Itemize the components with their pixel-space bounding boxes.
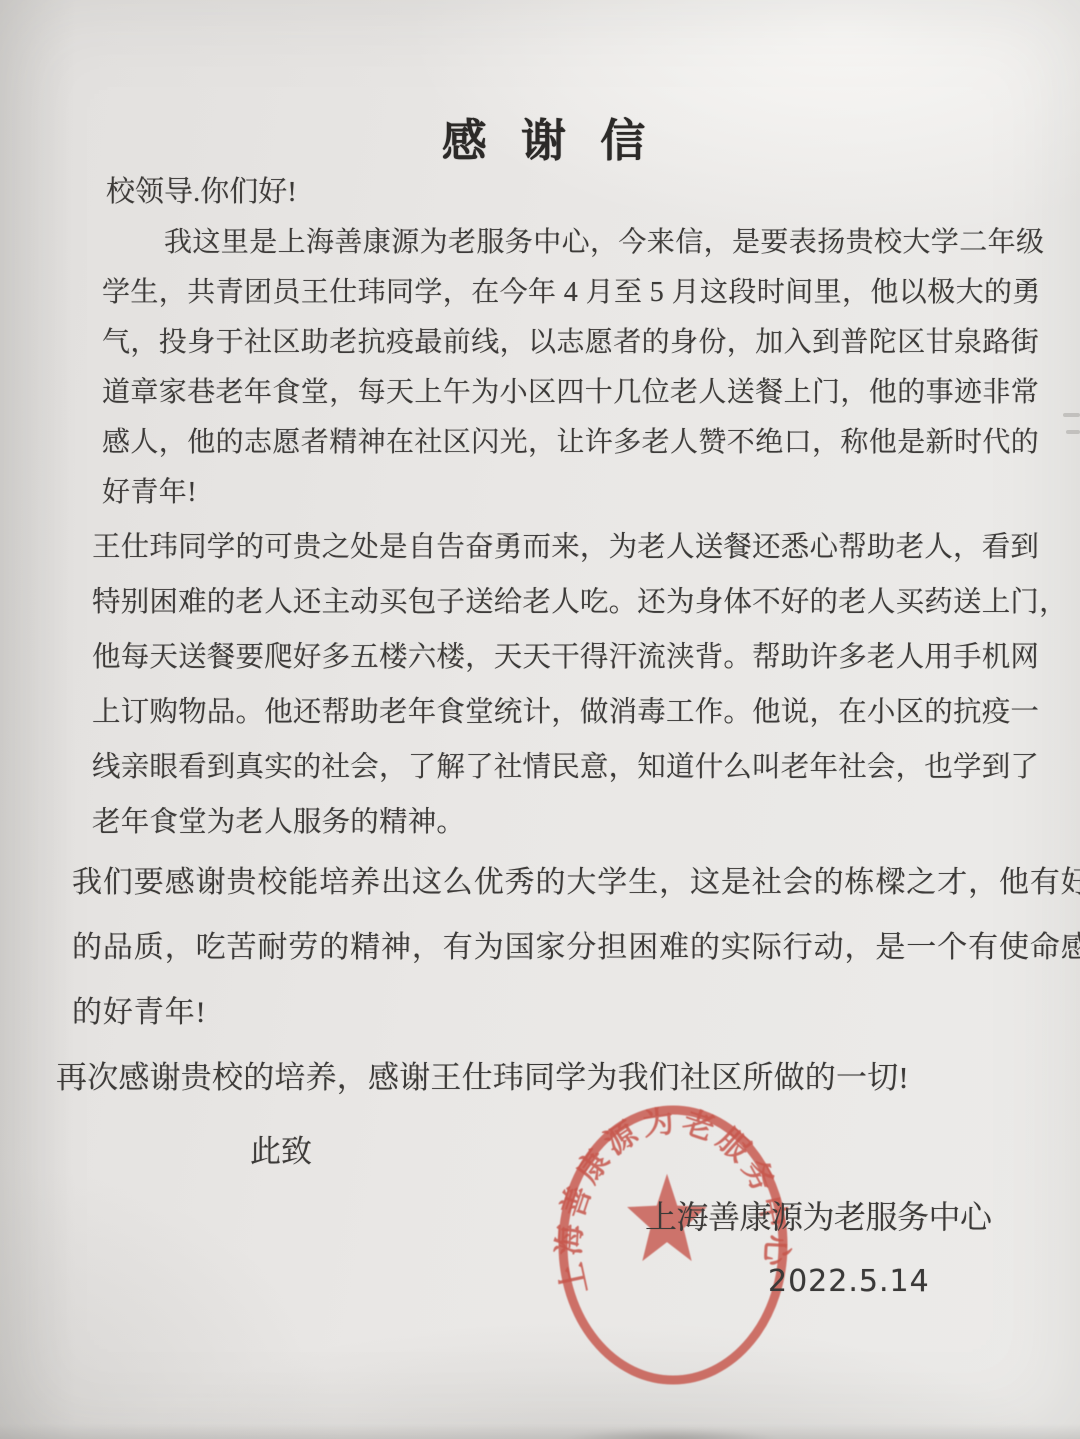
letter-line: 特别困难的老人还主动买包子送给老人吃。还为身体不好的老人买药送上门，: [92, 575, 1068, 630]
letter-line: 老年食堂为老人服务的精神。: [92, 795, 1068, 850]
letter-line: 王仕玮同学的可贵之处是自告奋勇而来，为老人送餐还悉心帮助老人，看到: [92, 520, 1068, 575]
signature-date: 2022.5.14: [768, 1264, 930, 1299]
letter-line: 我这里是上海善康源为老服务中心，今来信，是要表扬贵校大学二年级: [102, 218, 1044, 268]
letter-line: 学生，共青团员王仕玮同学，在今年 4 月至 5 月这段时间里，他以极大的勇: [102, 268, 1044, 318]
letter-line: 道章家巷老年食堂，每天上午为小区四十几位老人送餐上门，他的事迹非常: [102, 368, 1044, 418]
letter-line: 线亲眼看到真实的社会，了解了社情民意，知道什么叫老年社会，也学到了: [92, 740, 1068, 795]
signature-org-name: 上海善康源为老服务中心: [645, 1192, 992, 1238]
letter-closing: 此致: [250, 1126, 312, 1171]
paragraph-3: 我们要感谢贵校能培养出这么优秀的大学生，这是社会的栋樑之才，他有好 的品质，吃苦…: [72, 850, 1080, 1045]
official-seal-stamp: 上海善康源为老服务中心: [545, 1090, 805, 1402]
letter-line: 气，投身于社区助老抗疫最前线，以志愿者的身份，加入到普陀区甘泉路街: [102, 318, 1044, 368]
paragraph-2: 王仕玮同学的可贵之处是自告奋勇而来，为老人送餐还悉心帮助老人，看到 特别困难的老…: [92, 520, 1068, 850]
paper-edge-artifact: [1063, 413, 1080, 417]
letter-greeting: 校领导.你们好!: [106, 169, 297, 210]
letter-title: 感 谢 信: [0, 104, 1080, 169]
paragraph-1: 我这里是上海善康源为老服务中心，今来信，是要表扬贵校大学二年级 学生，共青团员王…: [102, 218, 1044, 518]
letter-line: 好青年!: [102, 468, 1044, 518]
letter-line: 他每天送餐要爬好多五楼六楼，天天干得汗流浃背。帮助许多老人用手机网: [92, 630, 1068, 685]
paper-edge-artifact: [1066, 430, 1080, 434]
letter-photo: 感 谢 信 校领导.你们好! 我这里是上海善康源为老服务中心，今来信，是要表扬贵…: [0, 0, 1080, 1439]
letter-line: 的品质，吃苦耐劳的精神，有为国家分担困难的实际行动，是一个有使命感: [72, 915, 1080, 980]
photo-bottom-edge-shadow: [0, 1424, 1080, 1439]
letter-line: 的好青年!: [72, 980, 1080, 1045]
letter-line: 感人，他的志愿者精神在社区闪光，让许多老人赞不绝口，称他是新时代的: [102, 418, 1044, 468]
letter-line: 上订购物品。他还帮助老年食堂统计，做消毒工作。他说，在小区的抗疫一: [92, 685, 1068, 740]
letter-line: 我们要感谢贵校能培养出这么优秀的大学生，这是社会的栋樑之才，他有好: [72, 850, 1080, 915]
